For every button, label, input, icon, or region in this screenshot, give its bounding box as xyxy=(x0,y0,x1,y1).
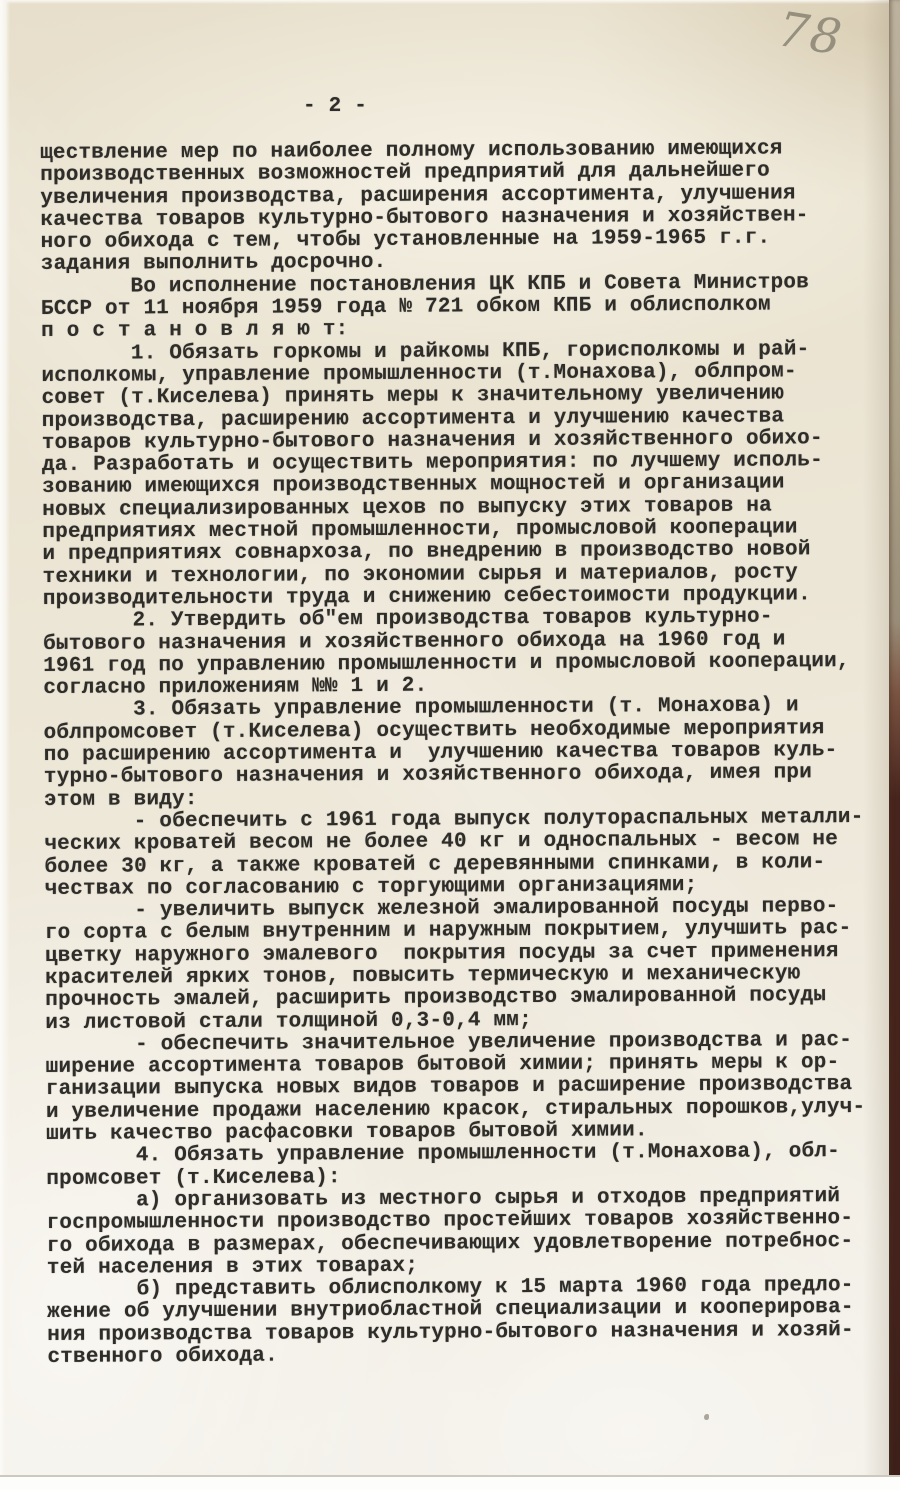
paper-speck xyxy=(704,1414,709,1420)
page-left-edge xyxy=(0,0,10,1490)
handwritten-folio-number: 78 xyxy=(774,1,847,66)
book-binding-edge xyxy=(889,0,900,1478)
scanned-document-page: 78 - 2 - ществление мер по наиболее полн… xyxy=(0,0,900,1490)
page-top-edge xyxy=(0,0,900,4)
document-body: ществление мер по наиболее полному испол… xyxy=(40,138,867,1369)
page-bottom-edge xyxy=(0,1475,900,1490)
typed-page-number: - 2 - xyxy=(303,95,367,118)
page-right-edge-shadow xyxy=(863,0,889,1478)
